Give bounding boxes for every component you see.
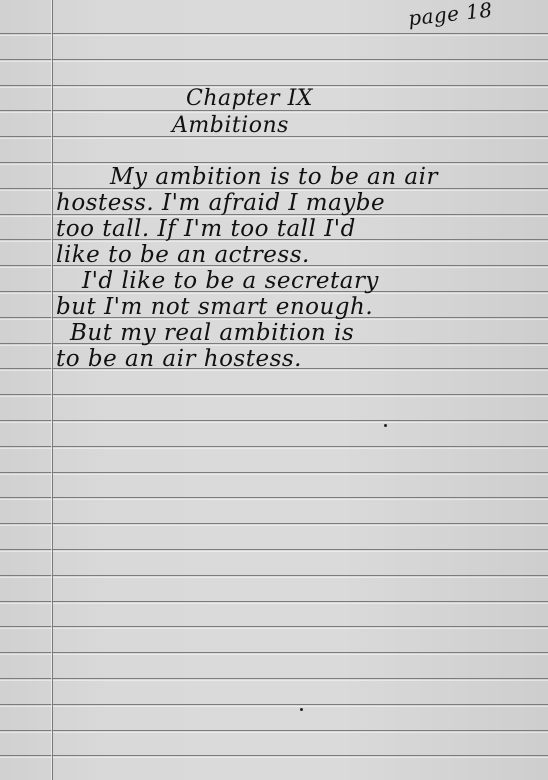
body-line: hostess. I'm afraid I maybe — [56, 190, 385, 216]
rule-line — [0, 626, 548, 627]
rule-line — [0, 678, 548, 679]
rule-line — [0, 446, 548, 447]
rule-line — [0, 575, 548, 576]
rule-line — [0, 394, 548, 395]
body-line: too tall. If I'm too tall I'd — [56, 216, 356, 242]
chapter-title: Ambitions — [172, 113, 289, 138]
margin-line — [52, 0, 53, 780]
rule-line — [0, 549, 548, 550]
chapter-heading: Chapter IX — [186, 86, 313, 111]
ink-speck — [300, 708, 303, 711]
rule-line — [0, 33, 548, 34]
body-line: but I'm not smart enough. — [56, 294, 373, 320]
rule-line — [0, 420, 548, 421]
body-line: I'd like to be a secretary — [82, 268, 379, 294]
notebook-page: page 18 Chapter IX Ambitions My ambition… — [0, 0, 548, 780]
rule-line — [0, 652, 548, 653]
body-line: like to be an actress. — [56, 242, 310, 268]
rule-line — [0, 601, 548, 602]
body-line: to be an air hostess. — [56, 346, 302, 372]
rule-line — [0, 704, 548, 705]
rule-line — [0, 497, 548, 498]
rule-line — [0, 523, 548, 524]
body-line: But my real ambition is — [70, 320, 354, 346]
rule-line — [0, 755, 548, 756]
rule-line — [0, 59, 548, 60]
ink-speck — [384, 424, 387, 427]
body-line: My ambition is to be an air — [110, 164, 438, 190]
rule-line — [0, 472, 548, 473]
rule-line — [0, 730, 548, 731]
rule-line — [0, 162, 548, 163]
